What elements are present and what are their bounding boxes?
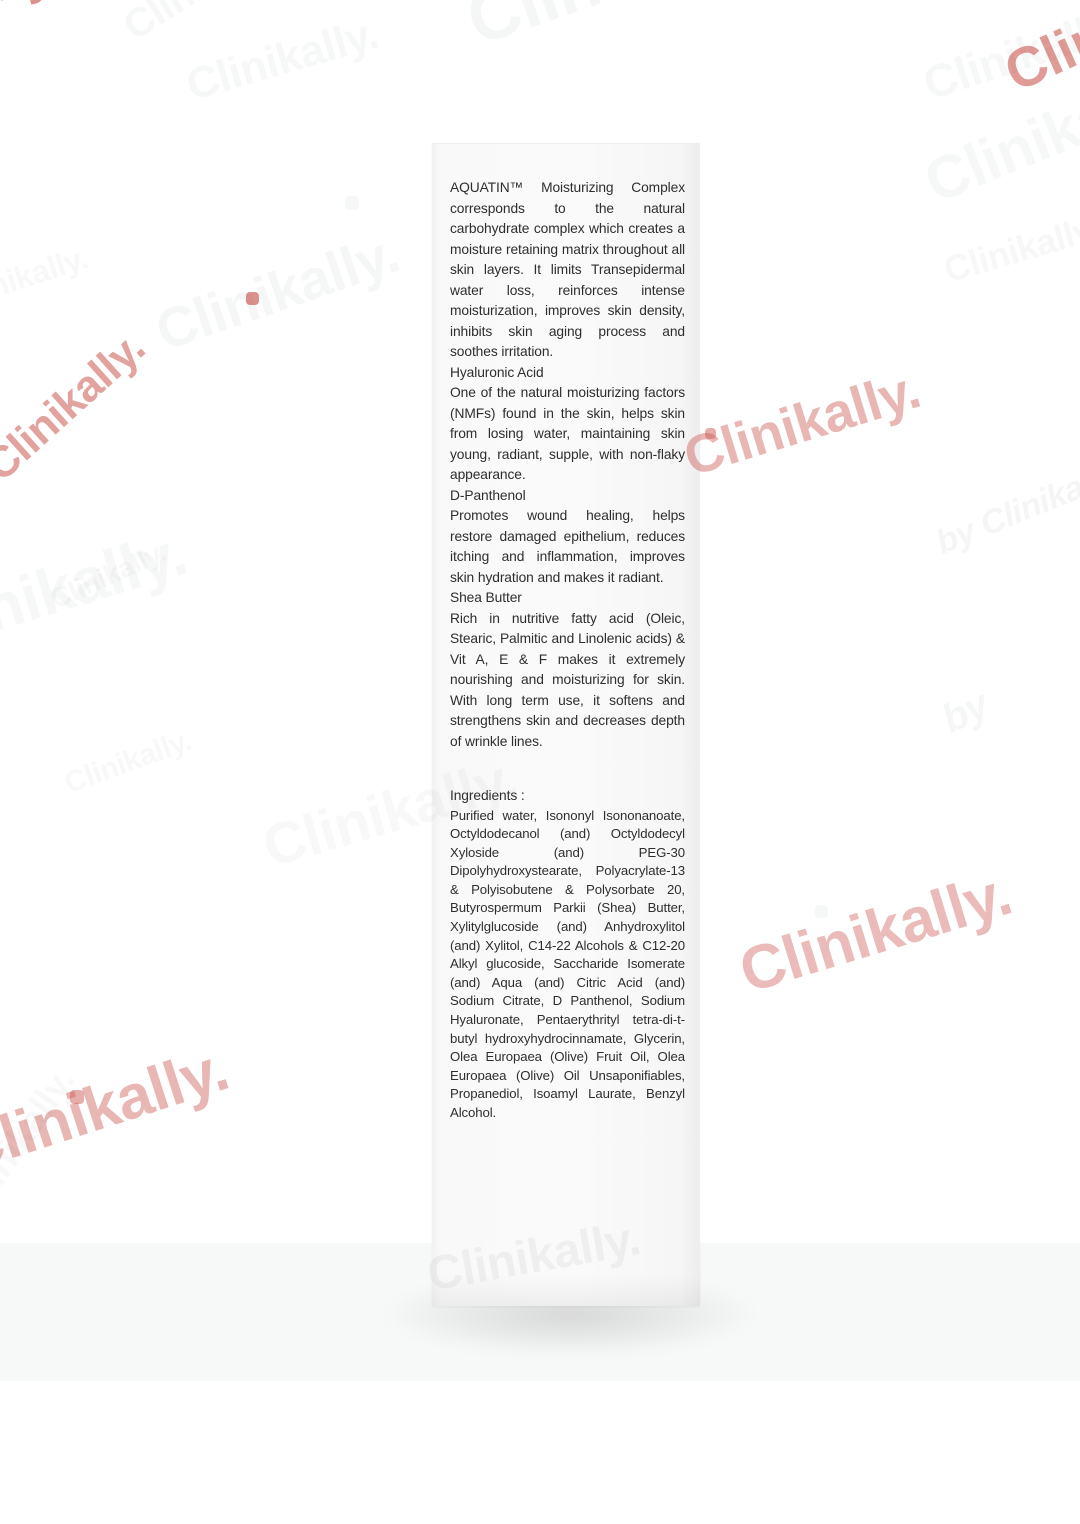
hyaluronic-description: One of the natural moisturizing factors … — [450, 383, 685, 486]
clinikally-watermark: Clinikally. — [45, 536, 171, 615]
clinikally-watermark: by Clinikally — [931, 455, 1080, 563]
heading-shea-butter: Shea Butter — [450, 588, 685, 609]
clinikally-watermark: Clinikally. — [915, 51, 1080, 216]
panel-text: AQUATIN™ Moisturizing Complex correspond… — [432, 144, 700, 1306]
watermark-dot — [705, 428, 716, 439]
clinikally-watermark: Clinikally. — [939, 207, 1080, 291]
aquatin-description: AQUATIN™ Moisturizing Complex correspond… — [450, 178, 685, 363]
clinikally-watermark: by — [935, 682, 996, 742]
heading-ingredients: Ingredients : — [450, 786, 685, 807]
d-panthenol-description: Promotes wound healing, helps restore da… — [450, 506, 685, 588]
product-photo: AQUATIN™ Moisturizing Complex correspond… — [0, 0, 1080, 1524]
clinikally-watermark: Clinikally. — [147, 220, 406, 363]
heading-d-panthenol: D-Panthenol — [450, 486, 685, 507]
clinikally-watermark: Clinikally. — [116, 0, 291, 50]
clinikally-watermark: Clinikally. — [0, 1033, 237, 1187]
clinikally-watermark: Clinikally. — [60, 724, 196, 801]
watermark-dot — [345, 196, 359, 210]
clinikally-watermark: Clinikally. — [0, 1061, 85, 1224]
shea-butter-description: Rich in nutritive fatty acid (Oleic, Ste… — [450, 609, 685, 753]
clinikally-watermark: Clinikally. — [0, 323, 155, 492]
clinikally-watermark: Clinikally. — [181, 9, 384, 111]
clinikally-watermark: Clinikally. — [0, 515, 195, 670]
product-box-back-panel: AQUATIN™ Moisturizing Complex correspond… — [432, 143, 700, 1306]
clinikally-watermark: Clinikally. — [457, 0, 791, 62]
clinikally-watermark: Clinikally. — [677, 358, 927, 488]
clinikally-watermark: Clinikally. — [0, 0, 68, 56]
clinikally-watermark: Clinikally. — [995, 0, 1080, 104]
watermark-dot — [70, 1090, 84, 1104]
ingredients-list: Purified water, Isononyl Isononanoate, O… — [450, 807, 685, 1123]
clinikally-watermark: Clinikally. — [917, 0, 1080, 111]
watermark-dot — [246, 292, 259, 305]
heading-hyaluronic-acid: Hyaluronic Acid — [450, 363, 685, 384]
watermark-dot — [815, 905, 828, 918]
clinikally-watermark: Clinikally. — [0, 239, 92, 318]
clinikally-watermark: Clinikally. — [732, 858, 1020, 1008]
